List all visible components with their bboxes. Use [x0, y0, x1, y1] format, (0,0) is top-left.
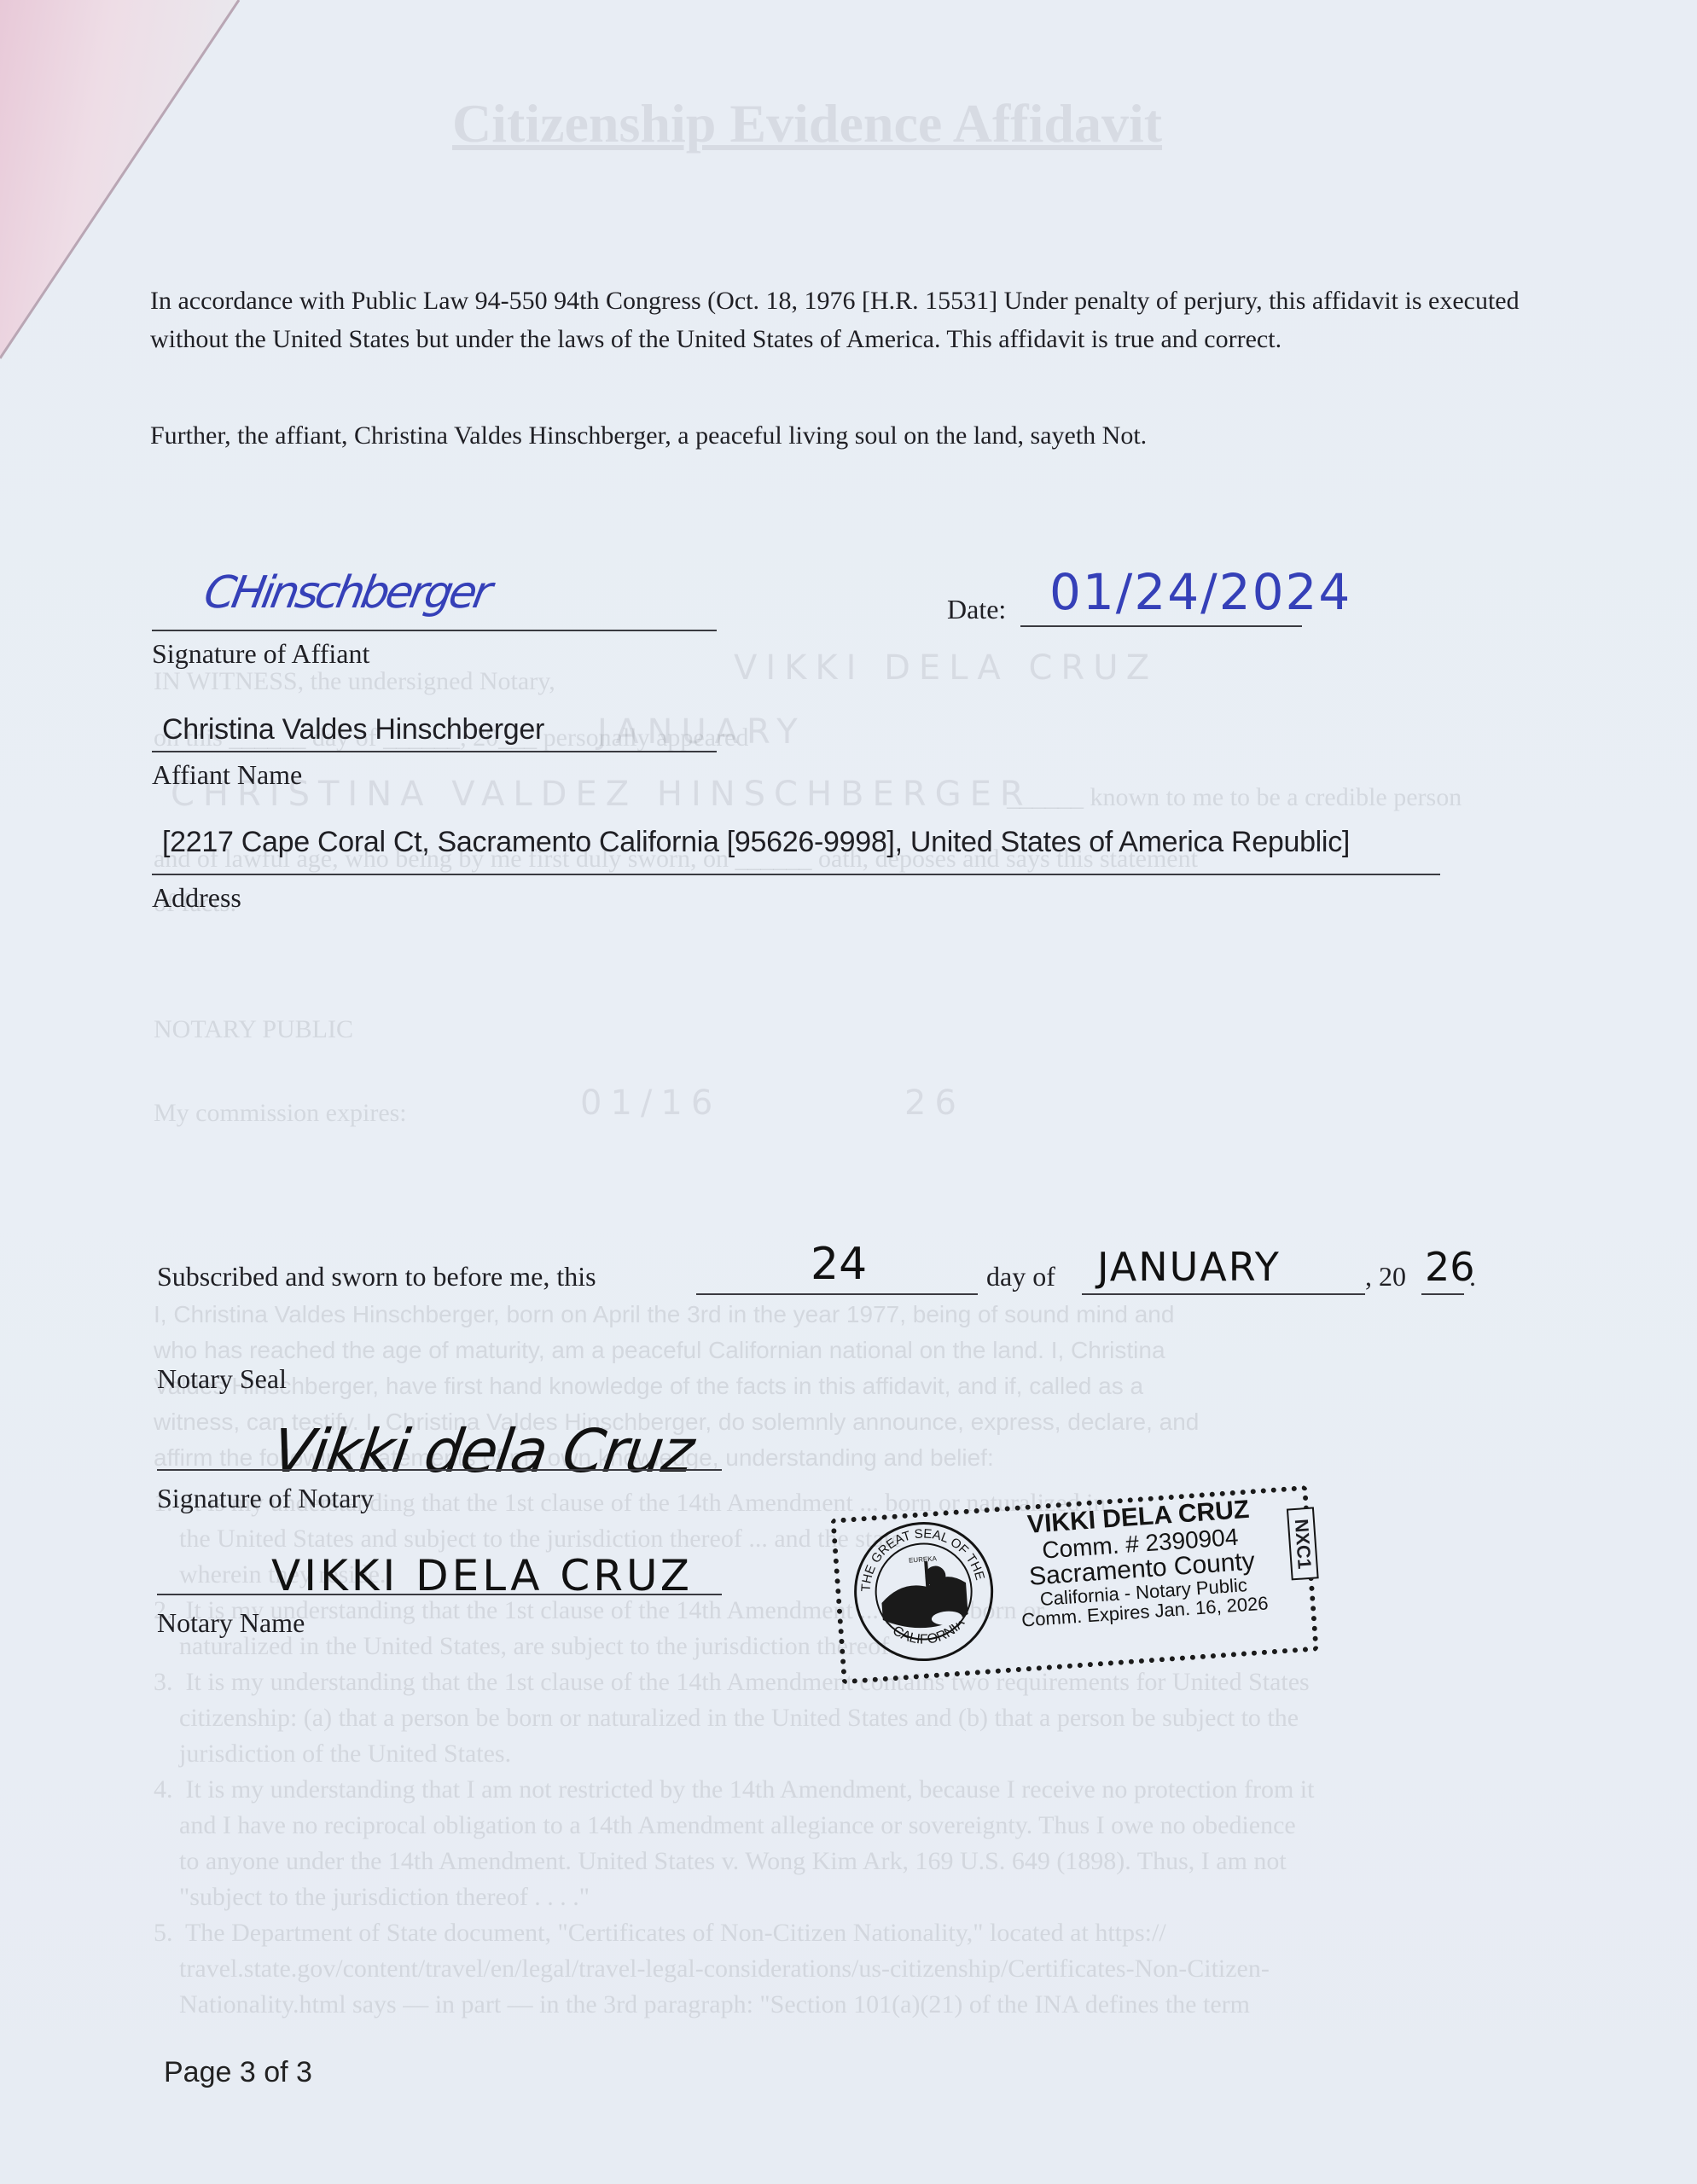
- ghost-handwritten-month: JANUARY: [597, 712, 806, 752]
- ghost-notary-public-label: NOTARY PUBLIC: [154, 1015, 353, 1044]
- jurat-day-of-label: day of: [986, 1261, 1055, 1292]
- jurat-year-prefix: , 20: [1365, 1261, 1406, 1292]
- affiant-date-value: 01/24/2024: [1049, 563, 1351, 621]
- svg-text:EUREKA: EUREKA: [909, 1554, 938, 1564]
- sayeth-not-paragraph: Further, the affiant, Christina Valdes H…: [150, 416, 1549, 455]
- stamp-code-box: NXC1: [1287, 1507, 1319, 1580]
- notary-stamp: THE GREAT SEAL OF THE STATE OF CALIFORNI…: [829, 1468, 1318, 1676]
- ghost-title: Citizenship Evidence Affidavit: [452, 92, 1162, 155]
- ghost-numbered-item-line: 4. It is my understanding that I am not …: [154, 1775, 1314, 1804]
- notary-signature-label: Signature of Notary: [157, 1483, 374, 1514]
- notary-seal-label: Notary Seal: [157, 1363, 287, 1395]
- affiant-name-label: Affiant Name: [152, 759, 302, 791]
- jurat-prefix: Subscribed and sworn to before me, this: [157, 1261, 596, 1292]
- ghost-statement-line: who has reached the age of maturity, am …: [154, 1337, 1165, 1364]
- ghost-commission-year: 26: [904, 1083, 965, 1123]
- ghost-numbered-item-line: jurisdiction of the United States.: [154, 1740, 511, 1769]
- ghost-handwritten-notary-name: VIKKI DELA CRUZ: [734, 648, 1158, 688]
- affiant-signature-label: Signature of Affiant: [152, 638, 369, 670]
- stamp-text-block: VIKKI DELA CRUZ Comm. # 2390904 Sacramen…: [1001, 1495, 1281, 1632]
- ghost-numbered-item-line: 3. It is my understanding that the 1st c…: [154, 1668, 1310, 1697]
- california-great-seal-icon: THE GREAT SEAL OF THE STATE OF CALIFORNI…: [846, 1514, 1001, 1669]
- ghost-numbered-item-line: citizenship: (a) that a person be born o…: [154, 1704, 1299, 1733]
- document-page: Citizenship Evidence Affidavit IN WITNES…: [0, 0, 1697, 2184]
- ghost-numbered-item-line: 5. The Department of State document, "Ce…: [154, 1919, 1166, 1948]
- jurat-year-line: [1421, 1293, 1464, 1295]
- notary-signature: Vikki dela Cruz: [268, 1416, 696, 1486]
- affiant-signature-line: [152, 630, 717, 631]
- notary-name-line: [157, 1594, 722, 1595]
- page-number: Page 3 of 3: [164, 2056, 312, 2089]
- jurat-day-line: [696, 1293, 978, 1295]
- affiant-name-value: Christina Valdes Hinschberger: [162, 713, 544, 746]
- date-line: [1020, 625, 1302, 627]
- ghost-commission-label: My commission expires:: [154, 1099, 407, 1128]
- ghost-numbered-item-line: the United States and subject to the jur…: [154, 1525, 902, 1554]
- ghost-numbered-item-line: to anyone under the 14th Amendment. Unit…: [154, 1847, 1287, 1876]
- ghost-numbered-item-line: and I have no reciprocal obligation to a…: [154, 1811, 1296, 1840]
- address-line: [152, 874, 1440, 875]
- jurat-day-value: 24: [811, 1239, 867, 1290]
- ghost-statement-line: I, Christina Valdes Hinschberger, born o…: [154, 1301, 1174, 1328]
- date-label: Date:: [947, 594, 1006, 625]
- affiant-signature: CHinschberger: [201, 567, 493, 619]
- ghost-notary-line: ______ known to me to be a credible pers…: [1007, 783, 1462, 812]
- jurat-year-value: 26: [1425, 1244, 1475, 1290]
- notary-name-label: Notary Name: [157, 1607, 305, 1639]
- ghost-numbered-item-line: Nationality.html says — in part — in the…: [154, 1990, 1250, 2019]
- address-label: Address: [152, 882, 241, 914]
- ghost-numbered-item-line: travel.state.gov/content/travel/en/legal…: [154, 1955, 1270, 1984]
- ghost-commission-date: 01/16: [580, 1083, 721, 1123]
- affiant-name-line: [152, 751, 717, 752]
- ghost-statement-line: Valdes Hinschberger, have first hand kno…: [154, 1373, 1143, 1400]
- jurat-period: .: [1469, 1261, 1476, 1292]
- address-value: [2217 Cape Coral Ct, Sacramento Californ…: [162, 826, 1350, 859]
- jurat-month-value: JANUARY: [1097, 1244, 1281, 1290]
- notary-signature-line: [157, 1469, 722, 1471]
- declaration-paragraph: In accordance with Public Law 94-550 94t…: [150, 282, 1549, 358]
- jurat-month-line: [1082, 1293, 1365, 1295]
- ghost-notary-line: IN WITNESS, the undersigned Notary,: [154, 667, 555, 696]
- ghost-numbered-item-line: "subject to the jurisdiction thereof . .…: [154, 1883, 590, 1912]
